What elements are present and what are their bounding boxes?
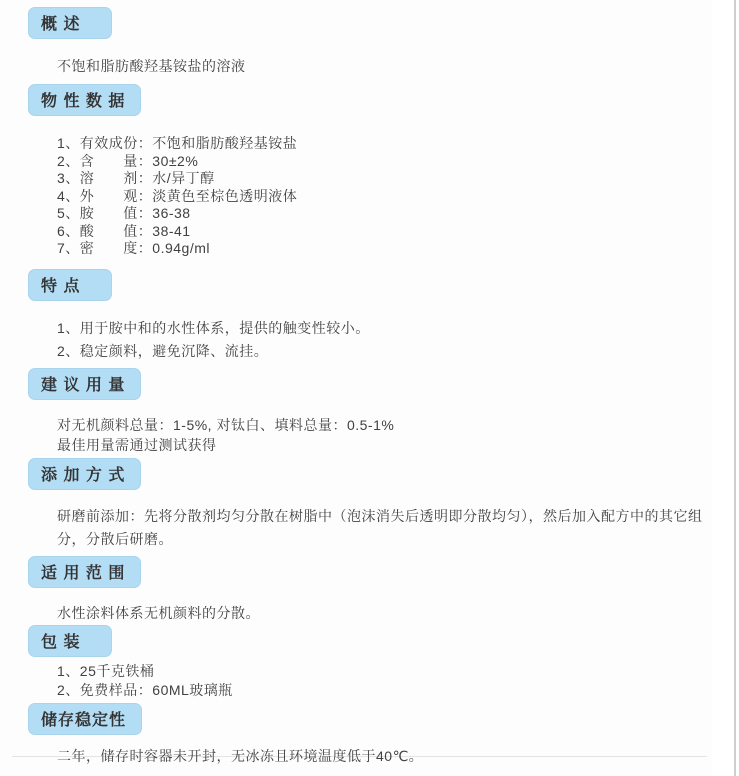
section-applicable-scope: 适 用 范 围 水性涂料体系无机颜料的分散。 xyxy=(28,556,712,623)
section-title-applicable-scope: 适 用 范 围 xyxy=(28,556,141,588)
section-packaging: 包 装 1、25千克铁桶 2、免费样品：60ML玻璃瓶 xyxy=(28,625,712,700)
physical-data-item-density: 7、密 度：0.94g/ml xyxy=(57,240,712,258)
section-recommended-dosage: 建 议 用 量 对无机颜料总量：1-5%, 对钛白、填料总量：0.5-1% 最佳… xyxy=(28,368,712,455)
physical-data-item-amine-value: 5、胺 值：36-38 xyxy=(57,205,712,223)
section-title-recommended-dosage: 建 议 用 量 xyxy=(28,368,141,400)
feature-item-1: 1、用于胺中和的水性体系，提供的触变性较小。 xyxy=(57,317,712,340)
addition-method-paragraph: 研磨前添加：先将分散剂均匀分散在树脂中（泡沫消失后透明即分散均匀），然后加入配方… xyxy=(57,505,715,551)
section-title-storage-stability: 储存稳定性 xyxy=(28,703,142,735)
section-title-physical-data: 物 性 数 据 xyxy=(28,84,141,116)
section-features: 特 点 1、用于胺中和的水性体系，提供的触变性较小。 2、稳定颜料，避免沉降、流… xyxy=(28,269,712,363)
section-title-addition-method: 添 加 方 式 xyxy=(28,458,141,490)
section-title-packaging: 包 装 xyxy=(28,625,112,657)
feature-item-2: 2、稳定颜料，避免沉降、流挂。 xyxy=(57,340,712,363)
section-overview: 概 述 不饱和脂肪酸羟基铵盐的溶液 xyxy=(28,7,712,76)
section-title-overview: 概 述 xyxy=(28,7,112,39)
page-right-edge-line xyxy=(734,0,736,776)
overview-text: 不饱和脂肪酸羟基铵盐的溶液 xyxy=(57,58,712,76)
physical-data-item-acid-value: 6、酸 值：38-41 xyxy=(57,223,712,241)
dosage-line-2: 最佳用量需通过测试获得 xyxy=(57,435,712,455)
section-title-features: 特 点 xyxy=(28,269,112,301)
packaging-item-2: 2、免费样品：60ML玻璃瓶 xyxy=(57,681,712,700)
packaging-item-1: 1、25千克铁桶 xyxy=(57,662,712,681)
storage-stability-text: 二年，储存时容器未开封，无冰冻且环境温度低于40℃。 xyxy=(57,748,712,766)
section-addition-method: 添 加 方 式 研磨前添加：先将分散剂均匀分散在树脂中（泡沫消失后透明即分散均匀… xyxy=(28,458,712,551)
section-storage-stability: 储存稳定性 二年，储存时容器未开封，无冰冻且环境温度低于40℃。 xyxy=(28,703,712,766)
physical-data-item-active-content: 1、有效成份：不饱和脂肪酸羟基铵盐 xyxy=(57,135,712,153)
physical-data-item-content: 2、含 量：30±2% xyxy=(57,153,712,171)
applicable-scope-text: 水性涂料体系无机颜料的分散。 xyxy=(57,605,712,623)
product-datasheet-page: 概 述 不饱和脂肪酸羟基铵盐的溶液 物 性 数 据 1、有效成份：不饱和脂肪酸羟… xyxy=(0,0,739,776)
physical-data-item-appearance: 4、外 观：淡黄色至棕色透明液体 xyxy=(57,188,712,206)
physical-data-item-solvent: 3、溶 剂：水/异丁醇 xyxy=(57,170,712,188)
section-physical-data: 物 性 数 据 1、有效成份：不饱和脂肪酸羟基铵盐 2、含 量：30±2% 3、… xyxy=(28,84,712,258)
dosage-line-1: 对无机颜料总量：1-5%, 对钛白、填料总量：0.5-1% xyxy=(57,415,712,435)
